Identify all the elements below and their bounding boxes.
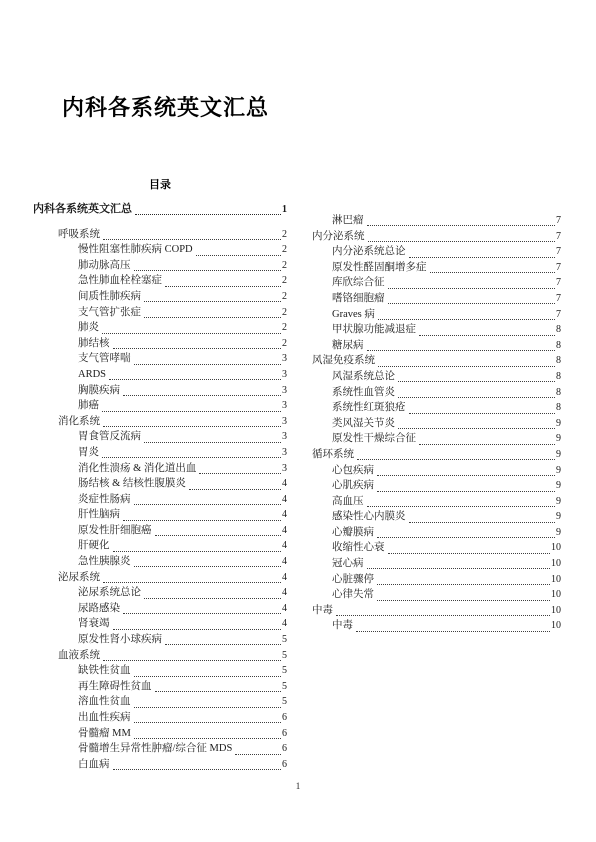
toc-dot-leader	[103, 239, 281, 240]
toc-entry[interactable]: 心脏骤停10	[287, 573, 561, 589]
toc-entry[interactable]: 肠结核 & 结核性腹膜炎4	[33, 477, 287, 493]
toc-dot-leader	[357, 459, 555, 460]
toc-page-number: 10	[551, 573, 561, 586]
toc-entry[interactable]: 原发性肝细胞癌4	[33, 524, 287, 540]
toc-dot-leader	[356, 631, 550, 632]
toc-entry[interactable]: 淋巴瘤7	[287, 214, 561, 230]
toc-page-number: 9	[556, 526, 561, 539]
toc-dot-leader	[336, 615, 550, 616]
toc-dot-leader	[377, 491, 555, 492]
toc-entry-label: 消化系统	[58, 415, 100, 428]
toc-page-number: 9	[556, 510, 561, 523]
toc-entry[interactable]: 收缩性心衰10	[287, 541, 561, 557]
toc-entry[interactable]: 肝硬化4	[33, 539, 287, 555]
toc-page-number: 9	[556, 432, 561, 445]
toc-dot-leader	[368, 241, 556, 242]
toc-entry-label: 急性肺血栓栓塞症	[78, 274, 162, 287]
toc-page-number: 10	[551, 541, 561, 554]
toc-dot-leader	[388, 288, 556, 289]
toc-page-number: 7	[556, 276, 561, 289]
toc-entry[interactable]: 出血性疾病6	[33, 711, 287, 727]
toc-page-number: 5	[282, 680, 287, 693]
toc-entry[interactable]: 内分泌系统总论7	[287, 245, 561, 261]
toc-entry[interactable]: 原发性肾小球疾病5	[33, 633, 287, 649]
toc-dot-leader	[113, 551, 282, 552]
toc-dot-leader	[123, 395, 281, 396]
toc-entry[interactable]: 系统性血管炎8	[287, 386, 561, 402]
toc-entry-label: 肠结核 & 结核性腹膜炎	[78, 477, 186, 490]
toc-dot-leader	[189, 489, 281, 490]
toc-entry-label: 肝性脑病	[78, 508, 120, 521]
toc-entry-label: 甲状腺功能减退症	[332, 323, 416, 336]
toc-entry-label: 类风湿关节炎	[332, 417, 395, 430]
toc-dot-leader	[102, 457, 281, 458]
toc-page-number: 9	[556, 417, 561, 430]
toc-entry-label: 炎症性肠病	[78, 493, 131, 506]
toc-entry-label: 泌尿系统总论	[78, 586, 141, 599]
toc-dot-leader	[367, 506, 556, 507]
toc-dot-leader	[155, 691, 282, 692]
toc-entry[interactable]: 炎症性肠病4	[33, 493, 287, 509]
toc-dot-leader	[196, 255, 281, 256]
toc-entry-label: 中毒	[312, 604, 333, 617]
toc-dot-leader	[103, 582, 281, 583]
toc-entry-label: 血液系统	[58, 649, 100, 662]
toc-entry-label: 风湿系统总论	[332, 370, 395, 383]
toc-dot-leader	[398, 397, 555, 398]
toc-entry[interactable]: 肺癌3	[33, 399, 287, 415]
toc-entry-label: 原发性干燥综合征	[332, 432, 416, 445]
toc-dot-leader	[377, 584, 550, 585]
toc-dot-leader	[409, 257, 556, 258]
toc-dot-leader	[388, 303, 556, 304]
toc-entry[interactable]: 肝性脑病4	[33, 508, 287, 524]
toc-dot-leader	[378, 319, 555, 320]
toc-entry-label: 急性胰腺炎	[78, 555, 131, 568]
toc-entry-label: 感染性心内膜炎	[332, 510, 406, 523]
toc-entry[interactable]: 急性肺血栓栓塞症2	[33, 274, 287, 290]
toc-page-number: 5	[282, 649, 287, 662]
toc-dot-leader	[419, 444, 555, 445]
toc-dot-leader	[144, 301, 281, 302]
toc-page-number: 8	[556, 370, 561, 383]
toc-dot-leader	[398, 428, 555, 429]
toc-entry-label: 骨髓瘤 MM	[78, 727, 131, 740]
toc-entry-label: 收缩性心衰	[332, 541, 385, 554]
toc-dot-leader	[134, 676, 282, 677]
toc-entry[interactable]: 慢性阻塞性肺疾病 COPD2	[33, 243, 287, 259]
toc-entry-label: 原发性肾小球疾病	[78, 633, 162, 646]
toc-entry[interactable]: 心瓣膜病9	[287, 526, 561, 542]
toc-entry[interactable]: 肾衰竭4	[33, 617, 287, 633]
toc-entry[interactable]: 中毒10	[287, 604, 561, 620]
toc-page-number: 8	[556, 354, 561, 367]
toc-entry-label: 系统性红斑狼疮	[332, 401, 406, 414]
toc-entry[interactable]: 白血病6	[33, 758, 287, 774]
toc-page-number: 6	[282, 727, 287, 740]
toc-page-number: 10	[551, 604, 561, 617]
toc-dot-leader	[134, 504, 282, 505]
toc-dot-leader	[377, 475, 555, 476]
toc-page-number: 7	[556, 230, 561, 243]
toc-entry[interactable]: 感染性心内膜炎9	[287, 510, 561, 526]
toc-entry[interactable]: 血液系统5	[33, 649, 287, 665]
toc-dot-leader	[430, 272, 556, 273]
toc-page-number: 8	[556, 339, 561, 352]
toc-dot-leader	[134, 707, 282, 708]
toc-entry[interactable]: 糖尿病8	[287, 339, 561, 355]
toc-dot-leader	[109, 379, 281, 380]
toc-page-number: 9	[556, 448, 561, 461]
toc-entry[interactable]: 尿路感染4	[33, 602, 287, 618]
toc-entry[interactable]: ARDS3	[33, 368, 287, 384]
toc-entry[interactable]: 甲状腺功能减退症8	[287, 323, 561, 339]
toc-entry[interactable]: 风湿免疫系统8	[287, 354, 561, 370]
toc-entry[interactable]: 内科各系统英文汇总1	[33, 203, 287, 219]
toc-entry-label: 心脏骤停	[332, 573, 374, 586]
toc-heading: 目录	[33, 176, 287, 192]
toc-entry-label: 呼吸系统	[58, 228, 100, 241]
toc-entry-label: 溶血性贫血	[78, 695, 131, 708]
toc-entry-label: 淋巴瘤	[332, 214, 364, 227]
toc-entry[interactable]: 系统性红斑狼疮8	[287, 401, 561, 417]
toc-entry-label: 肺动脉高压	[78, 259, 131, 272]
toc-entry[interactable]: 嗜铬细胞瘤7	[287, 292, 561, 308]
toc-dot-leader	[123, 520, 281, 521]
toc-page-number: 10	[551, 619, 561, 632]
toc-entry[interactable]: 循环系统9	[287, 448, 561, 464]
toc-entry-label: 肺炎	[78, 321, 99, 334]
toc-entry-label: 糖尿病	[332, 339, 364, 352]
toc-right-column: 淋巴瘤7内分泌系统7内分泌系统总论7原发性醛固酮增多症7库欣综合征7嗜铬细胞瘤7…	[287, 203, 561, 635]
toc-entry-label: 库欣综合征	[332, 276, 385, 289]
toc-page-number: 7	[556, 308, 561, 321]
toc-page-number: 5	[282, 664, 287, 677]
toc-entry[interactable]: 呼吸系统2	[33, 228, 287, 244]
toc-page-number: 9	[556, 464, 561, 477]
toc-entry[interactable]: 肺动脉高压2	[33, 259, 287, 275]
toc-entry-label: 冠心病	[332, 557, 364, 570]
toc-entry[interactable]: 内分泌系统7	[287, 230, 561, 246]
toc-dot-leader	[235, 754, 281, 755]
toc-page-number: 9	[556, 495, 561, 508]
toc-entry-label: 肾衰竭	[78, 617, 110, 630]
toc-dot-leader	[134, 722, 282, 723]
toc-dot-leader	[123, 613, 281, 614]
toc-entry[interactable]: 中毒10	[287, 619, 561, 635]
toc-entry-label: 支气管哮喘	[78, 352, 131, 365]
toc-entry-label: 循环系统	[312, 448, 354, 461]
toc-entry-label: 内分泌系统总论	[332, 245, 406, 258]
toc-entry-label: 泌尿系统	[58, 571, 100, 584]
toc-page-number: 7	[556, 292, 561, 305]
toc-page-number: 6	[282, 758, 287, 771]
toc-dot-leader	[113, 769, 282, 770]
toc-dot-leader	[377, 537, 555, 538]
toc-entry[interactable]: 类风湿关节炎9	[287, 417, 561, 433]
toc-entry-label: 心瓣膜病	[332, 526, 374, 539]
toc-dot-leader	[165, 644, 281, 645]
toc-dot-leader	[102, 333, 281, 334]
toc-left-column: 内科各系统英文汇总1呼吸系统2慢性阻塞性肺疾病 COPD2肺动脉高压2急性肺血栓…	[33, 203, 287, 773]
toc-entry[interactable]: 骨髓瘤 MM6	[33, 727, 287, 743]
toc-entry[interactable]: 库欣综合征7	[287, 276, 561, 292]
toc-entry[interactable]: 心包疾病9	[287, 464, 561, 480]
toc-dot-leader	[134, 364, 282, 365]
toc-dot-leader	[377, 600, 550, 601]
toc-dot-leader	[367, 225, 556, 226]
toc-entry-label: 内分泌系统	[312, 230, 365, 243]
toc-page-number: 5	[282, 695, 287, 708]
toc-entry-label: 慢性阻塞性肺疾病 COPD	[78, 243, 193, 256]
toc-entry-label: 骨髓增生异常性肿瘤/综合征 MDS	[78, 742, 232, 755]
toc-entry-label: 嗜铬细胞瘤	[332, 292, 385, 305]
toc-entry-label: 缺铁性贫血	[78, 664, 131, 677]
toc-entry-label: 间质性肺疾病	[78, 290, 141, 303]
toc-dot-leader	[409, 522, 556, 523]
toc-entry[interactable]: 骨髓增生异常性肿瘤/综合征 MDS6	[33, 742, 287, 758]
toc-dot-leader	[134, 738, 281, 739]
toc-entry[interactable]: 高血压9	[287, 495, 561, 511]
toc-entry-label: 尿路感染	[78, 602, 120, 615]
toc-dot-leader	[144, 317, 281, 318]
toc-entry[interactable]: 消化性溃疡 & 消化道出血3	[33, 462, 287, 478]
toc-dot-leader	[409, 413, 556, 414]
toc-entry[interactable]: 泌尿系统总论4	[33, 586, 287, 602]
toc-entry[interactable]: 原发性干燥综合征9	[287, 432, 561, 448]
toc-entry-label: 肺结核	[78, 337, 110, 350]
toc-entry-label: 原发性醛固酮增多症	[332, 261, 427, 274]
toc-dot-leader	[398, 381, 555, 382]
toc-entry[interactable]: 胃食管反流病3	[33, 430, 287, 446]
toc-entry[interactable]: 肺炎2	[33, 321, 287, 337]
toc-entry-label: 原发性肝细胞癌	[78, 524, 152, 537]
toc-page-number: 7	[556, 214, 561, 227]
toc-dot-leader	[103, 660, 281, 661]
toc-page-number: 9	[556, 479, 561, 492]
footer-page-number: 1	[0, 781, 596, 791]
toc-entry[interactable]: 风湿系统总论8	[287, 370, 561, 386]
toc-page-number: 8	[556, 386, 561, 399]
toc-entry[interactable]: 胃炎3	[33, 446, 287, 462]
toc-entry[interactable]: 溶血性贫血5	[33, 695, 287, 711]
toc-entry[interactable]: 心肌疾病9	[287, 479, 561, 495]
toc-entry-label: 出血性疾病	[78, 711, 131, 724]
toc-entry[interactable]: 缺铁性贫血5	[33, 664, 287, 680]
toc-entry-label: 肺癌	[78, 399, 99, 412]
toc-entry[interactable]: 肺结核2	[33, 337, 287, 353]
toc-dot-leader	[144, 598, 281, 599]
toc-page-number: 7	[556, 245, 561, 258]
toc-page-number: 8	[556, 401, 561, 414]
toc-entry[interactable]: 支气管扩张症2	[33, 306, 287, 322]
toc-page-number: 10	[551, 557, 561, 570]
toc-entry-label: 再生障碍性贫血	[78, 680, 152, 693]
toc-entry[interactable]: 支气管哮喘3	[33, 352, 287, 368]
toc-page-number: 6	[282, 742, 287, 755]
toc-entry[interactable]: 原发性醛固酮增多症7	[287, 261, 561, 277]
toc-entry[interactable]: 心律失常10	[287, 588, 561, 604]
toc-dot-leader	[419, 335, 555, 336]
toc-entry[interactable]: 间质性肺疾病2	[33, 290, 287, 306]
toc-entry-label: 白血病	[78, 758, 110, 771]
document-title: 内科各系统英文汇总	[62, 91, 269, 122]
toc-entry[interactable]: Graves 病7	[287, 308, 561, 324]
toc-entry[interactable]: 消化系统3	[33, 415, 287, 431]
toc-page-number: 8	[556, 323, 561, 336]
toc-entry-label: 消化性溃疡 & 消化道出血	[78, 462, 196, 475]
toc-entry-label: 风湿免疫系统	[312, 354, 375, 367]
toc-entry-label: 系统性血管炎	[332, 386, 395, 399]
toc-dot-leader	[135, 214, 281, 215]
toc-page-number: 7	[556, 261, 561, 274]
toc-entry[interactable]: 急性胰腺炎4	[33, 555, 287, 571]
toc-entry-label: Graves 病	[332, 308, 375, 321]
toc-dot-leader	[113, 348, 282, 349]
toc-dot-leader	[113, 629, 282, 630]
toc-entry-label: 肝硬化	[78, 539, 110, 552]
toc-dot-leader	[378, 366, 555, 367]
toc-entry-label: 胃炎	[78, 446, 99, 459]
toc-dot-leader	[199, 473, 281, 474]
toc-page-number: 6	[282, 711, 287, 724]
toc-entry[interactable]: 泌尿系统4	[33, 571, 287, 587]
toc-dot-leader	[134, 566, 282, 567]
toc-entry-label: 中毒	[332, 619, 353, 632]
toc-entry-label: 支气管扩张症	[78, 306, 141, 319]
toc-entry-label: 胃食管反流病	[78, 430, 141, 443]
toc-dot-leader	[165, 286, 281, 287]
toc-dot-leader	[367, 568, 551, 569]
toc-entry-label: 高血压	[332, 495, 364, 508]
toc-entry-label: 心包疾病	[332, 464, 374, 477]
toc-dot-leader	[155, 535, 282, 536]
toc-entry-label: 心肌疾病	[332, 479, 374, 492]
toc-entry-label: 心律失常	[332, 588, 374, 601]
toc-entry-label: 内科各系统英文汇总	[33, 203, 132, 216]
toc-dot-leader	[144, 442, 281, 443]
toc-dot-leader	[367, 350, 556, 351]
toc-entry[interactable]: 冠心病10	[287, 557, 561, 573]
table-of-contents: 内科各系统英文汇总1呼吸系统2慢性阻塞性肺疾病 COPD2肺动脉高压2急性肺血栓…	[33, 203, 561, 773]
toc-dot-leader	[134, 270, 282, 271]
toc-entry-label: ARDS	[78, 368, 106, 381]
toc-entry[interactable]: 再生障碍性贫血5	[33, 680, 287, 696]
toc-entry-label: 胸膜疾病	[78, 384, 120, 397]
toc-dot-leader	[388, 553, 551, 554]
toc-dot-leader	[103, 426, 281, 427]
document-page: 内科各系统英文汇总 目录 内科各系统英文汇总1呼吸系统2慢性阻塞性肺疾病 COP…	[0, 0, 596, 842]
toc-entry[interactable]: 胸膜疾病3	[33, 384, 287, 400]
toc-page-number: 10	[551, 588, 561, 601]
toc-dot-leader	[102, 411, 281, 412]
